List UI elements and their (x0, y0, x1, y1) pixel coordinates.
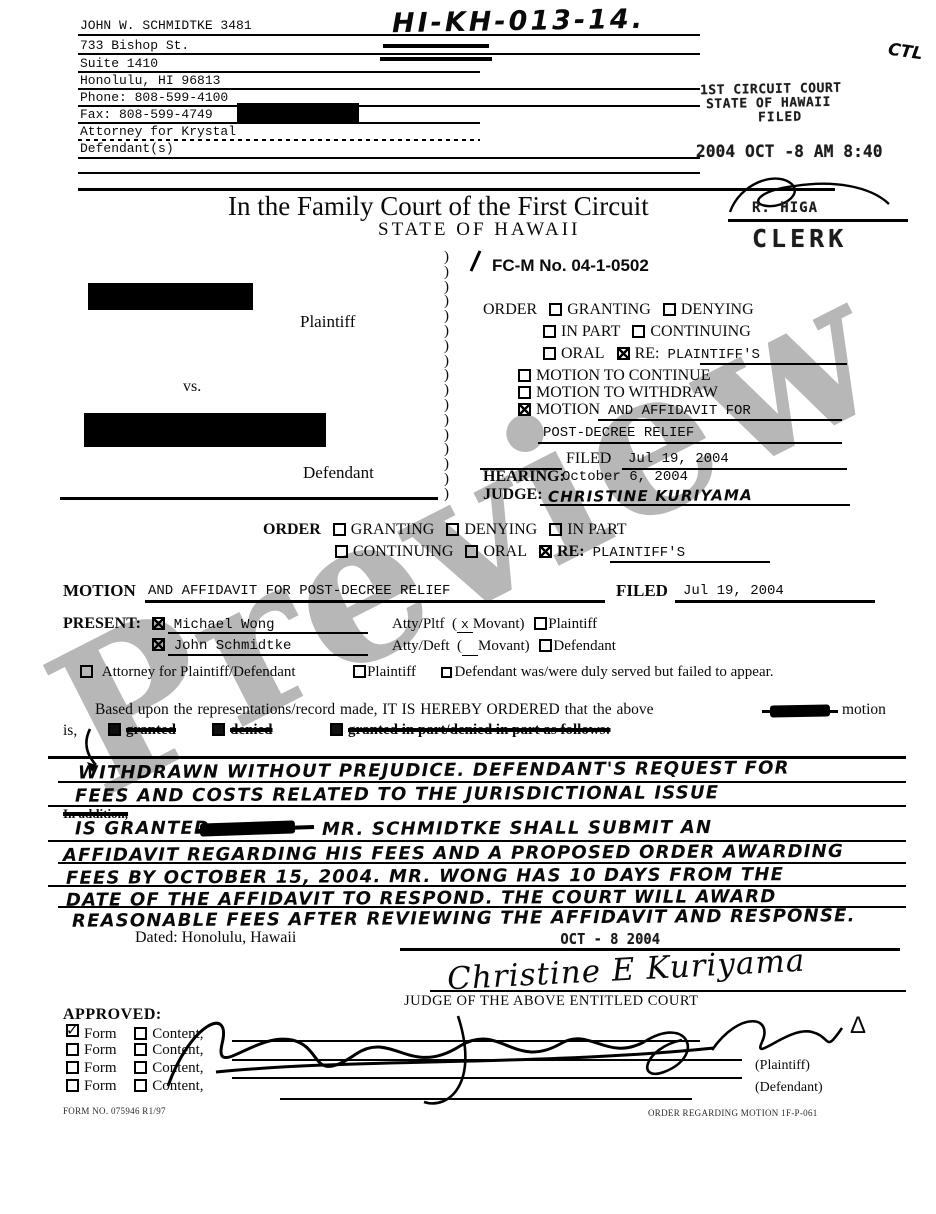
order1-inpart-checkbox (543, 325, 556, 338)
order1-row2: IN PART CONTINUING (543, 323, 751, 341)
present-row2-party: Defendant (553, 638, 615, 654)
approved-row2-form-checkbox (66, 1043, 79, 1056)
attorney-fax: Fax: 808-599-4749 (80, 107, 213, 122)
redaction-box-client-name (237, 103, 359, 123)
order1-filed-label: FILED (566, 450, 611, 468)
order1-row4: MOTION TO CONTINUE (518, 367, 711, 385)
order2-granting-checkbox (333, 523, 346, 536)
order1-motion-checkbox (518, 403, 531, 416)
order2-continuing-label: CONTINUING (353, 543, 453, 560)
filing-stamp-datetime: 2004 OCT -8 AM 8:40 (696, 142, 883, 162)
order1-oral-label: ORAL (561, 345, 605, 362)
order1-inpart-label: IN PART (561, 323, 620, 340)
order2-oral-checkbox (465, 545, 478, 558)
order2-inpart-checkbox (549, 523, 562, 536)
order1-motion-continue-label: MOTION TO CONTINUE (536, 367, 711, 384)
order2-re-checkbox (539, 545, 552, 558)
order1-continuing-checkbox (632, 325, 645, 338)
struck-option-denied: denied (212, 722, 273, 739)
corner-note: CTL (887, 40, 924, 65)
present-row1-movant: Movant) (473, 616, 525, 632)
struck-denied-checkbox (212, 723, 225, 736)
order2-re-value: PLAINTIFF'S (593, 545, 685, 561)
order1-motion-continue-checkbox (518, 369, 531, 382)
order1-row3: ORAL RE: PLAINTIFF'S (543, 345, 760, 363)
order1-granting-checkbox (549, 303, 562, 316)
order1-hearing-value: October 6, 2004 (562, 469, 688, 485)
approved-row1-content-checkbox (134, 1027, 147, 1040)
served-attorney-label: Attorney for Plaintiff/Defendant (102, 664, 296, 680)
order2-re-label: RE: (557, 543, 585, 560)
order1-continuing-label: CONTINUING (650, 323, 750, 340)
order2-granting-label: GRANTING (351, 521, 435, 538)
order1-filed-value: Jul 19, 2004 (628, 451, 729, 467)
defendant-label: Defendant (303, 463, 374, 483)
attorney-street: 733 Bishop St. (80, 38, 189, 53)
served-defendant-checkbox (441, 667, 452, 678)
present-row1: Michael Wong (152, 616, 275, 633)
court-title: In the Family Court of the First Circuit (228, 191, 649, 222)
motion-filed-label: FILED (616, 581, 668, 601)
order1-denying-label: DENYING (681, 301, 754, 318)
order1-row6: MOTION AND AFFIDAVIT FOR (518, 401, 751, 419)
motion-label: MOTION (63, 581, 136, 601)
present-row1-name: Michael Wong (174, 617, 275, 633)
filed-date-stamp: OCT - 8 2004 (560, 930, 660, 948)
present-row1-movant-mark: x (457, 617, 473, 633)
caption-bracket-column: ) ) ) ) ) ) ) ) ) ) ) ) ) ) ) ) ) (444, 250, 449, 502)
order1-re-checkbox (617, 347, 630, 360)
served-plaintiff-label: Plaintiff (367, 664, 416, 680)
defendant-sign-label: (Defendant) (755, 1080, 823, 1096)
plaintiff-label: Plaintiff (300, 312, 355, 332)
order2-denying-checkbox (446, 523, 459, 536)
present-row1-party-checkbox (534, 617, 547, 630)
handwriting-line1: WITHDRAWN WITHOUT PREJUDICE. DEFENDANT'S… (78, 758, 790, 784)
struck-option-inpart: granted in part/denied in part as follow… (330, 722, 611, 739)
served-text: Defendant was/were duly served but faile… (454, 664, 773, 680)
approved-row4-content-checkbox (134, 1079, 147, 1092)
dated-label: Dated: Honolulu, Hawaii (135, 929, 296, 947)
clerk-signature (715, 168, 900, 226)
present-row1-role: Atty/Pltf (392, 616, 445, 632)
present-row1-checkbox (152, 617, 165, 630)
present-row2-checkbox (152, 638, 165, 651)
attorney-capacity: Defendant(s) (80, 141, 174, 156)
attorney-phone: Phone: 808-599-4100 (80, 90, 228, 105)
redaction-box-plaintiff-name (88, 283, 253, 310)
order2-row1: ORDER GRANTING DENYING IN PART (263, 521, 627, 539)
ordered-intro: Based upon the representations/record ma… (95, 701, 654, 719)
handwriting-line7: REASONABLE FEES AFTER REVIEWING THE AFFI… (72, 905, 856, 931)
struck-granted-checkbox (108, 723, 121, 736)
order1-motion-withdraw-checkbox (518, 386, 531, 399)
order2-continuing-checkbox (335, 545, 348, 558)
struck-inpart-checkbox (330, 723, 343, 736)
ordered-is-word: is, (63, 722, 77, 740)
order1-judge-label: JUDGE: (483, 486, 543, 504)
filing-stamp-filed: FILED (758, 110, 802, 126)
order1-oral-checkbox (543, 347, 556, 360)
present-row2-name: John Schmidtke (174, 638, 292, 654)
attorney-name: JOHN W. SCHMIDTKE 3481 (80, 18, 252, 33)
order2-inpart-label: IN PART (567, 521, 626, 538)
order1-motion-fill2: POST-DECREE RELIEF (543, 425, 694, 441)
served-row: Attorney for Plaintiff/Defendant Plainti… (80, 664, 774, 681)
court-state: STATE OF HAWAII (378, 219, 580, 241)
handwriting-line2: FEES AND COSTS RELATED TO THE JURISDICTI… (75, 782, 719, 806)
order1-re-label: RE: (635, 345, 660, 362)
redaction-box-defendant-name (84, 413, 326, 447)
present-row2-party-checkbox (539, 639, 552, 652)
order-form-title: ORDER REGARDING MOTION 1F-P-061 (648, 1108, 818, 1118)
order2-denying-label: DENYING (464, 521, 537, 538)
ordered-motion-word: motion (842, 701, 886, 719)
order2-row2: CONTINUING ORAL RE: PLAINTIFF'S (335, 543, 685, 561)
handwritten-case-code: HI-KH-013-14. (392, 4, 645, 39)
handwriting-line3b: MR. SCHMIDTKE SHALL SUBMIT AN (322, 817, 712, 840)
order1-row1: ORDER GRANTING DENYING (483, 301, 754, 319)
present-label: PRESENT: (63, 615, 141, 633)
order1-re-value: PLAINTIFF'S (667, 347, 759, 363)
order1-motion-label: MOTION (536, 401, 600, 418)
attorney-for: Attorney for Krystal (80, 124, 236, 139)
present-row2-role: Atty/Deft (392, 638, 450, 654)
handwritten-check-mark (470, 250, 482, 271)
served-attorney-checkbox (80, 665, 93, 678)
order2-oral-label: ORAL (483, 543, 527, 560)
present-row1-party: Plaintiff (548, 616, 597, 632)
vs-label: vs. (183, 378, 201, 396)
clerk-title: CLERK (752, 224, 847, 253)
order1-hearing-label: HEARING: (483, 468, 565, 486)
approved-row1-form-checkbox (66, 1024, 79, 1037)
struck-option-granted: granted (108, 722, 176, 739)
present-row2-movant: Movant) (478, 638, 530, 654)
delta-symbol: Δ (850, 1012, 866, 1040)
order1-granting-label: GRANTING (567, 301, 651, 318)
approved-row4-form-checkbox (66, 1079, 79, 1092)
attorney-suite: Suite 1410 (80, 56, 158, 71)
present-row2: John Schmidtke (152, 637, 291, 654)
second-signature (702, 1002, 847, 1064)
order1-row5: MOTION TO WITHDRAW (518, 384, 718, 402)
order2-label: ORDER (263, 521, 321, 538)
approved-row3-form-checkbox (66, 1061, 79, 1074)
approved-row3-content-checkbox (134, 1061, 147, 1074)
approved-row2-content-checkbox (134, 1043, 147, 1056)
present-row1-role-group: Atty/Pltf (xMovant) Plaintiff (392, 616, 597, 633)
served-plaintiff-checkbox (353, 665, 366, 678)
present-row2-role-group: Atty/Deft ( Movant) Defendant (392, 638, 616, 656)
clerk-name: R. HIGA (752, 200, 818, 216)
form-number: FORM NO. 075946 R1/97 (63, 1106, 166, 1116)
motion-fill: AND AFFIDAVIT FOR POST-DECREE RELIEF (148, 583, 450, 599)
order1-label: ORDER (483, 301, 537, 318)
order1-judge-value: CHRISTINE KURIYAMA (548, 486, 753, 506)
attorney-signature (158, 998, 733, 1113)
case-number: FC-M No. 04-1-0502 (492, 256, 649, 276)
order1-denying-checkbox (663, 303, 676, 316)
attorney-city: Honolulu, HI 96813 (80, 73, 220, 88)
scanned-court-order-document: JOHN W. SCHMIDTKE 3481 733 Bishop St. Su… (0, 0, 936, 1214)
order1-motion-withdraw-label: MOTION TO WITHDRAW (536, 384, 718, 401)
motion-filed-value: Jul 19, 2004 (683, 583, 784, 599)
order1-motion-fill1: AND AFFIDAVIT FOR (608, 403, 751, 419)
